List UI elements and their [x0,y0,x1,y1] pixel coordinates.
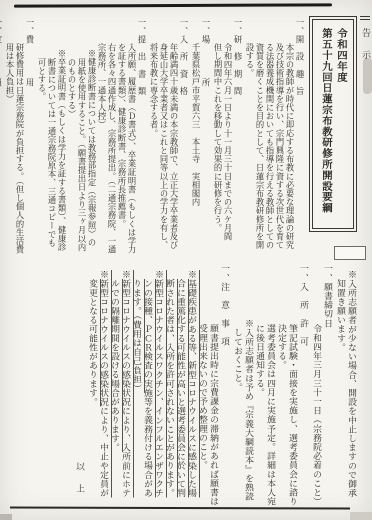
paragraph: ※新型コロナウイルスワクチン、インフルエンザワクチンの接種、ＰＣＲ検査の実施等を… [130,262,163,506]
scanned-notice-page: 告 示 令和四年度 第五十九回日蓮宗布教研修所開設要綱 一、開 設 趣 旨本宗の… [0,0,372,520]
section-heading: 一、入 所 資 格 [179,16,189,254]
section-heading: 一、願書締切日 [321,262,332,506]
section-nyusho-kyoka: 一、入 所 許 可筆記試験・面接を実施し、選考委員会に諮り決定する。選考委員会は… [231,262,308,506]
closing-label: 以 上 [73,262,84,506]
bottom-rule-line [10,507,350,510]
section-hiyo: 一、費 用研修費用は日蓮宗務院が負担する。（但し個人的生活費用は本人負担） [5,16,35,254]
section-nyusho-shikaku: 一、入 所 資 格年齢満四十歳未満の本宗教師で、立正大学卒業者及び身延山大学卒業… [149,16,189,254]
section-teiin: 一、定 員十名 [0,16,3,254]
paragraph: ※入所志願者は予め『宗義大綱読本』を熟読しておくこと。 [231,262,253,506]
paragraph: 千葉県松戸市平賀六三 本土寺 実相閣内 [191,16,201,254]
section-heading: 一、注 意 事 項 [218,262,229,506]
section-teishutsu-shorui: 一、提 出 書 類入所願、履歴書（Ｄ書式）、卒業証明書（もしくは学力を証する書類… [37,16,147,254]
paragraph: ※卒業証明書（もしくは学力を証する書類）、健康診断書については一通宗務院原本、三… [37,16,67,254]
notice-label: 告 示 [360,16,370,254]
section-chui-jiko: 一、注 意 事 項願書提出時に宗費課金の滞納があれば願書は受理出来ないので予め整… [86,262,229,506]
section-heading: 一、提 出 書 類 [137,16,147,254]
section-chushi-chui: ※入所志願者が少ない場合、開設を中止しますので御承知置き願います。 [334,262,356,506]
scan-smudge [0,514,12,520]
title-box-inner: 令和四年度 第五十九回日蓮宗布教研修所開設要綱 [312,19,354,229]
section-heading: 一、入 所 許 可 [297,262,308,506]
title-main: 第五十九回日蓮宗布教研修所開設要綱 [318,28,333,220]
paragraph: 年齢満四十歳未満の本宗教師で、立正大学卒業者及び身延山大学卒業者又はこれと同等以… [149,16,179,254]
lower-band: ※入所志願者が少ない場合、開設を中止しますので御承知置き願います。一、願書締切日… [22,262,356,506]
title-year: 令和四年度 [333,28,348,220]
section-heading: 一、定 員 [0,16,3,254]
scan-smudge [350,512,372,520]
paragraph: 選考委員会は四月に実施予定。詳細は本人宛に後日通知する。 [253,262,275,506]
paragraph: ※入所志願者が少ない場合、開設を中止しますので御承知置き願います。 [334,262,356,506]
upper-band: 告 示 令和四年度 第五十九回日蓮宗布教研修所開設要綱 一、開 設 趣 旨本宗の… [2,16,370,254]
paragraph: ※新型コロナウイルスの感染状況により、入所前にホテルでの隔離期間を設ける場合があ… [108,262,130,506]
paragraph: 研修費用は日蓮宗務院が負担する。（但し個人的生活費用は本人負担） [5,16,25,254]
section-heading: 一、場 所 [201,16,211,254]
paragraph: ※健康診断書については教務部指定（宗報参照）の用紙を使用すること。（願書提出日よ… [67,16,97,254]
paragraph: 但し期間中これを移動して効果的に研修を行う。 [213,16,223,254]
section-heading: 一、研 修 期 間 [233,16,243,254]
section-heading: 一、費 用 [25,16,35,254]
section-kenshu-kikan: 一、研 修 期 間令和四年六月一日より十一月三十日までの六ケ月間但し期間中これを… [213,16,243,254]
section-gansho-shimekiri: 一、願書締切日令和四年三月三十一日（宗務院必着のこと） [310,262,332,506]
title-box: 令和四年度 第五十九回日蓮宗布教研修所開設要綱 [309,16,357,232]
section-kaisetsu-shushi: 一、開 設 趣 旨本宗の教師が時代に即応する布教に必要な理論の研究及び技術指導を… [245,16,305,254]
paragraph: ※基礎疾患がある等、新型コロナウイルスに感染した場合に重篤化する可能性が高いと選… [163,262,196,506]
paragraph: 右を各々四通作成し、宗務所提出。（二通宗務院、一通宗務所、一通本人控） [97,16,117,254]
scan-crease-line [14,3,332,7]
section-heading: 一、開 設 趣 旨 [295,16,305,254]
paragraph: 令和四年三月三十一日（宗務院必着のこと） [310,262,321,506]
paragraph: 願書提出時に宗費課金の滞納があれば願書は受理出来ないので予め整理のこと。 [196,262,218,506]
section-basho: 一、場 所千葉県松戸市平賀六三 本土寺 実相閣内 [191,16,211,254]
paragraph: 本宗の教師が時代に即応する布教に必要な理論の研究及び技術指導を行い、宗門興隆に資… [245,16,295,254]
paragraph: ※新型コロナウイルスの感染状況により、中止や定員が変更となる可能性があります。 [86,262,108,506]
paragraph: 令和四年六月一日より十一月三十日までの六ケ月間 [223,16,233,254]
paragraph: 入所願、履歴書（Ｄ書式）、卒業証明書（もしくは学力を証する書類）、健康診断書、宗… [117,16,137,254]
paragraph: 筆記試験・面接を実施し、選考委員会に諮り決定する。 [275,262,297,506]
